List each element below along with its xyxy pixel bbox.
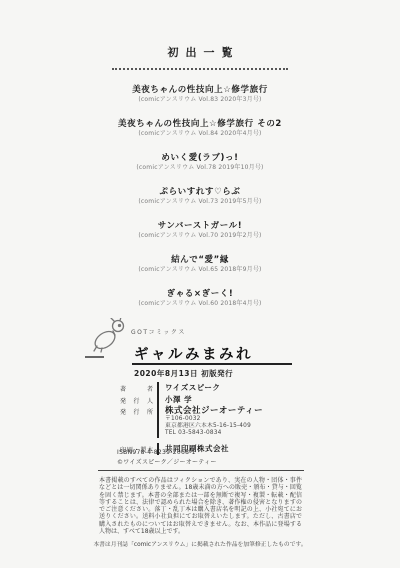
- credit-label: 発 行 所: [120, 405, 157, 416]
- credits-table: 著 者 ワイズスピーク 発 行 人 小澤 学 発 行 所 株式会社ジーオーティー…: [120, 382, 320, 455]
- entry-source: (comicアンスリウム Vol.78 2019年10月号): [0, 164, 400, 172]
- entry-title: ぷらいすれす♡らぶ: [0, 187, 400, 197]
- publisher-address: 東京都港区六本木5-16-15-409: [165, 423, 263, 430]
- publication-entry: 結んで“愛”縁 (comicアンスリウム Vol.65 2018年9月号): [0, 255, 400, 274]
- credit-row-issuer: 発 行 人 小澤 学: [120, 394, 320, 406]
- entry-title: 美夜ちゃんの性技向上☆修学旅行 その2: [0, 119, 400, 129]
- isbn-number: ISBN978-4-8239-2068-1: [117, 449, 196, 456]
- colophon-page: 初出一覧 美夜ちゃんの性技向上☆修学旅行 (comicアンスリウム Vol.83…: [0, 0, 400, 568]
- reprint-note: 本書は月刊誌「comicアンスリウム」に掲載された作品を加筆修正したものです。: [0, 539, 400, 548]
- entry-source: (comicアンスリウム Vol.83 2020年3月号): [0, 96, 400, 104]
- publication-entry: ぷらいすれす♡らぶ (comicアンスリウム Vol.73 2019年5月号): [0, 187, 400, 206]
- imprint-series-label: GOTコミックス: [131, 327, 186, 336]
- publication-entry: 美夜ちゃんの性技向上☆修学旅行 (comicアンスリウム Vol.83 2020…: [0, 85, 400, 104]
- publication-entry: ぎゃる×ぎーく! (comicアンスリウム Vol.60 2018年4月号): [0, 289, 400, 308]
- edition-date: 2020年8月13日 初版発行: [134, 368, 233, 379]
- book-title: ギャルみまみれ: [134, 343, 253, 364]
- legal-disclaimer: 本書掲載のすべての作品はフィクションであり、実在の人物・団体・事件などとは一切関…: [99, 477, 302, 535]
- entry-source: (comicアンスリウム Vol.73 2019年5月号): [0, 198, 400, 206]
- publication-entry: めいく愛(ラブ)っ! (comicアンスリウム Vol.78 2019年10月号…: [0, 153, 400, 172]
- publication-entry: サンバーストガール! (comicアンスリウム Vol.70 2019年2月号): [0, 221, 400, 240]
- entry-title: サンバーストガール!: [0, 221, 400, 231]
- entry-title: 美夜ちゃんの性技向上☆修学旅行: [0, 85, 400, 95]
- entry-title: ぎゃる×ぎーく!: [0, 289, 400, 299]
- entry-source: (comicアンスリウム Vol.65 2018年9月号): [0, 266, 400, 274]
- dotted-divider: [112, 67, 288, 70]
- footer-rule: [98, 470, 304, 471]
- author-name: ワイズスピーク: [165, 383, 220, 393]
- publication-entry: 美夜ちゃんの性技向上☆修学旅行 その2 (comicアンスリウム Vol.84 …: [0, 119, 400, 138]
- credit-row-author: 著 者 ワイズスピーク: [120, 382, 320, 394]
- issuer-name: 小澤 学: [165, 395, 192, 405]
- publisher-name: 株式会社ジーオーティー: [165, 406, 263, 416]
- entry-source: (comicアンスリウム Vol.60 2018年4月号): [0, 300, 400, 308]
- entry-title: めいく愛(ラブ)っ!: [0, 153, 400, 163]
- entry-source: (comicアンスリウム Vol.70 2019年2月号): [0, 232, 400, 240]
- credit-label: 著 者: [120, 382, 157, 393]
- credit-row-office: 発 行 所 株式会社ジーオーティー 〒106-0032 東京都港区六本木5-16…: [120, 405, 320, 438]
- entry-source: (comicアンスリウム Vol.84 2020年4月号): [0, 130, 400, 138]
- first-publication-heading: 初出一覧: [7, 44, 400, 60]
- entry-title: 結んで“愛”縁: [0, 255, 400, 265]
- publisher-tel: TEL 03-5843-0834: [165, 430, 263, 437]
- credit-label: 発 行 人: [120, 394, 157, 405]
- mascot-doodle-icon: [92, 318, 130, 354]
- decorative-dash: [85, 356, 104, 358]
- copyright-line: ©ワイズスピーク／ジーオーティー: [117, 457, 217, 466]
- title-underline: [132, 363, 292, 365]
- postal-code: 〒106-0032: [165, 416, 263, 423]
- first-publication-section: 初出一覧 美夜ちゃんの性技向上☆修学旅行 (comicアンスリウム Vol.83…: [0, 0, 400, 308]
